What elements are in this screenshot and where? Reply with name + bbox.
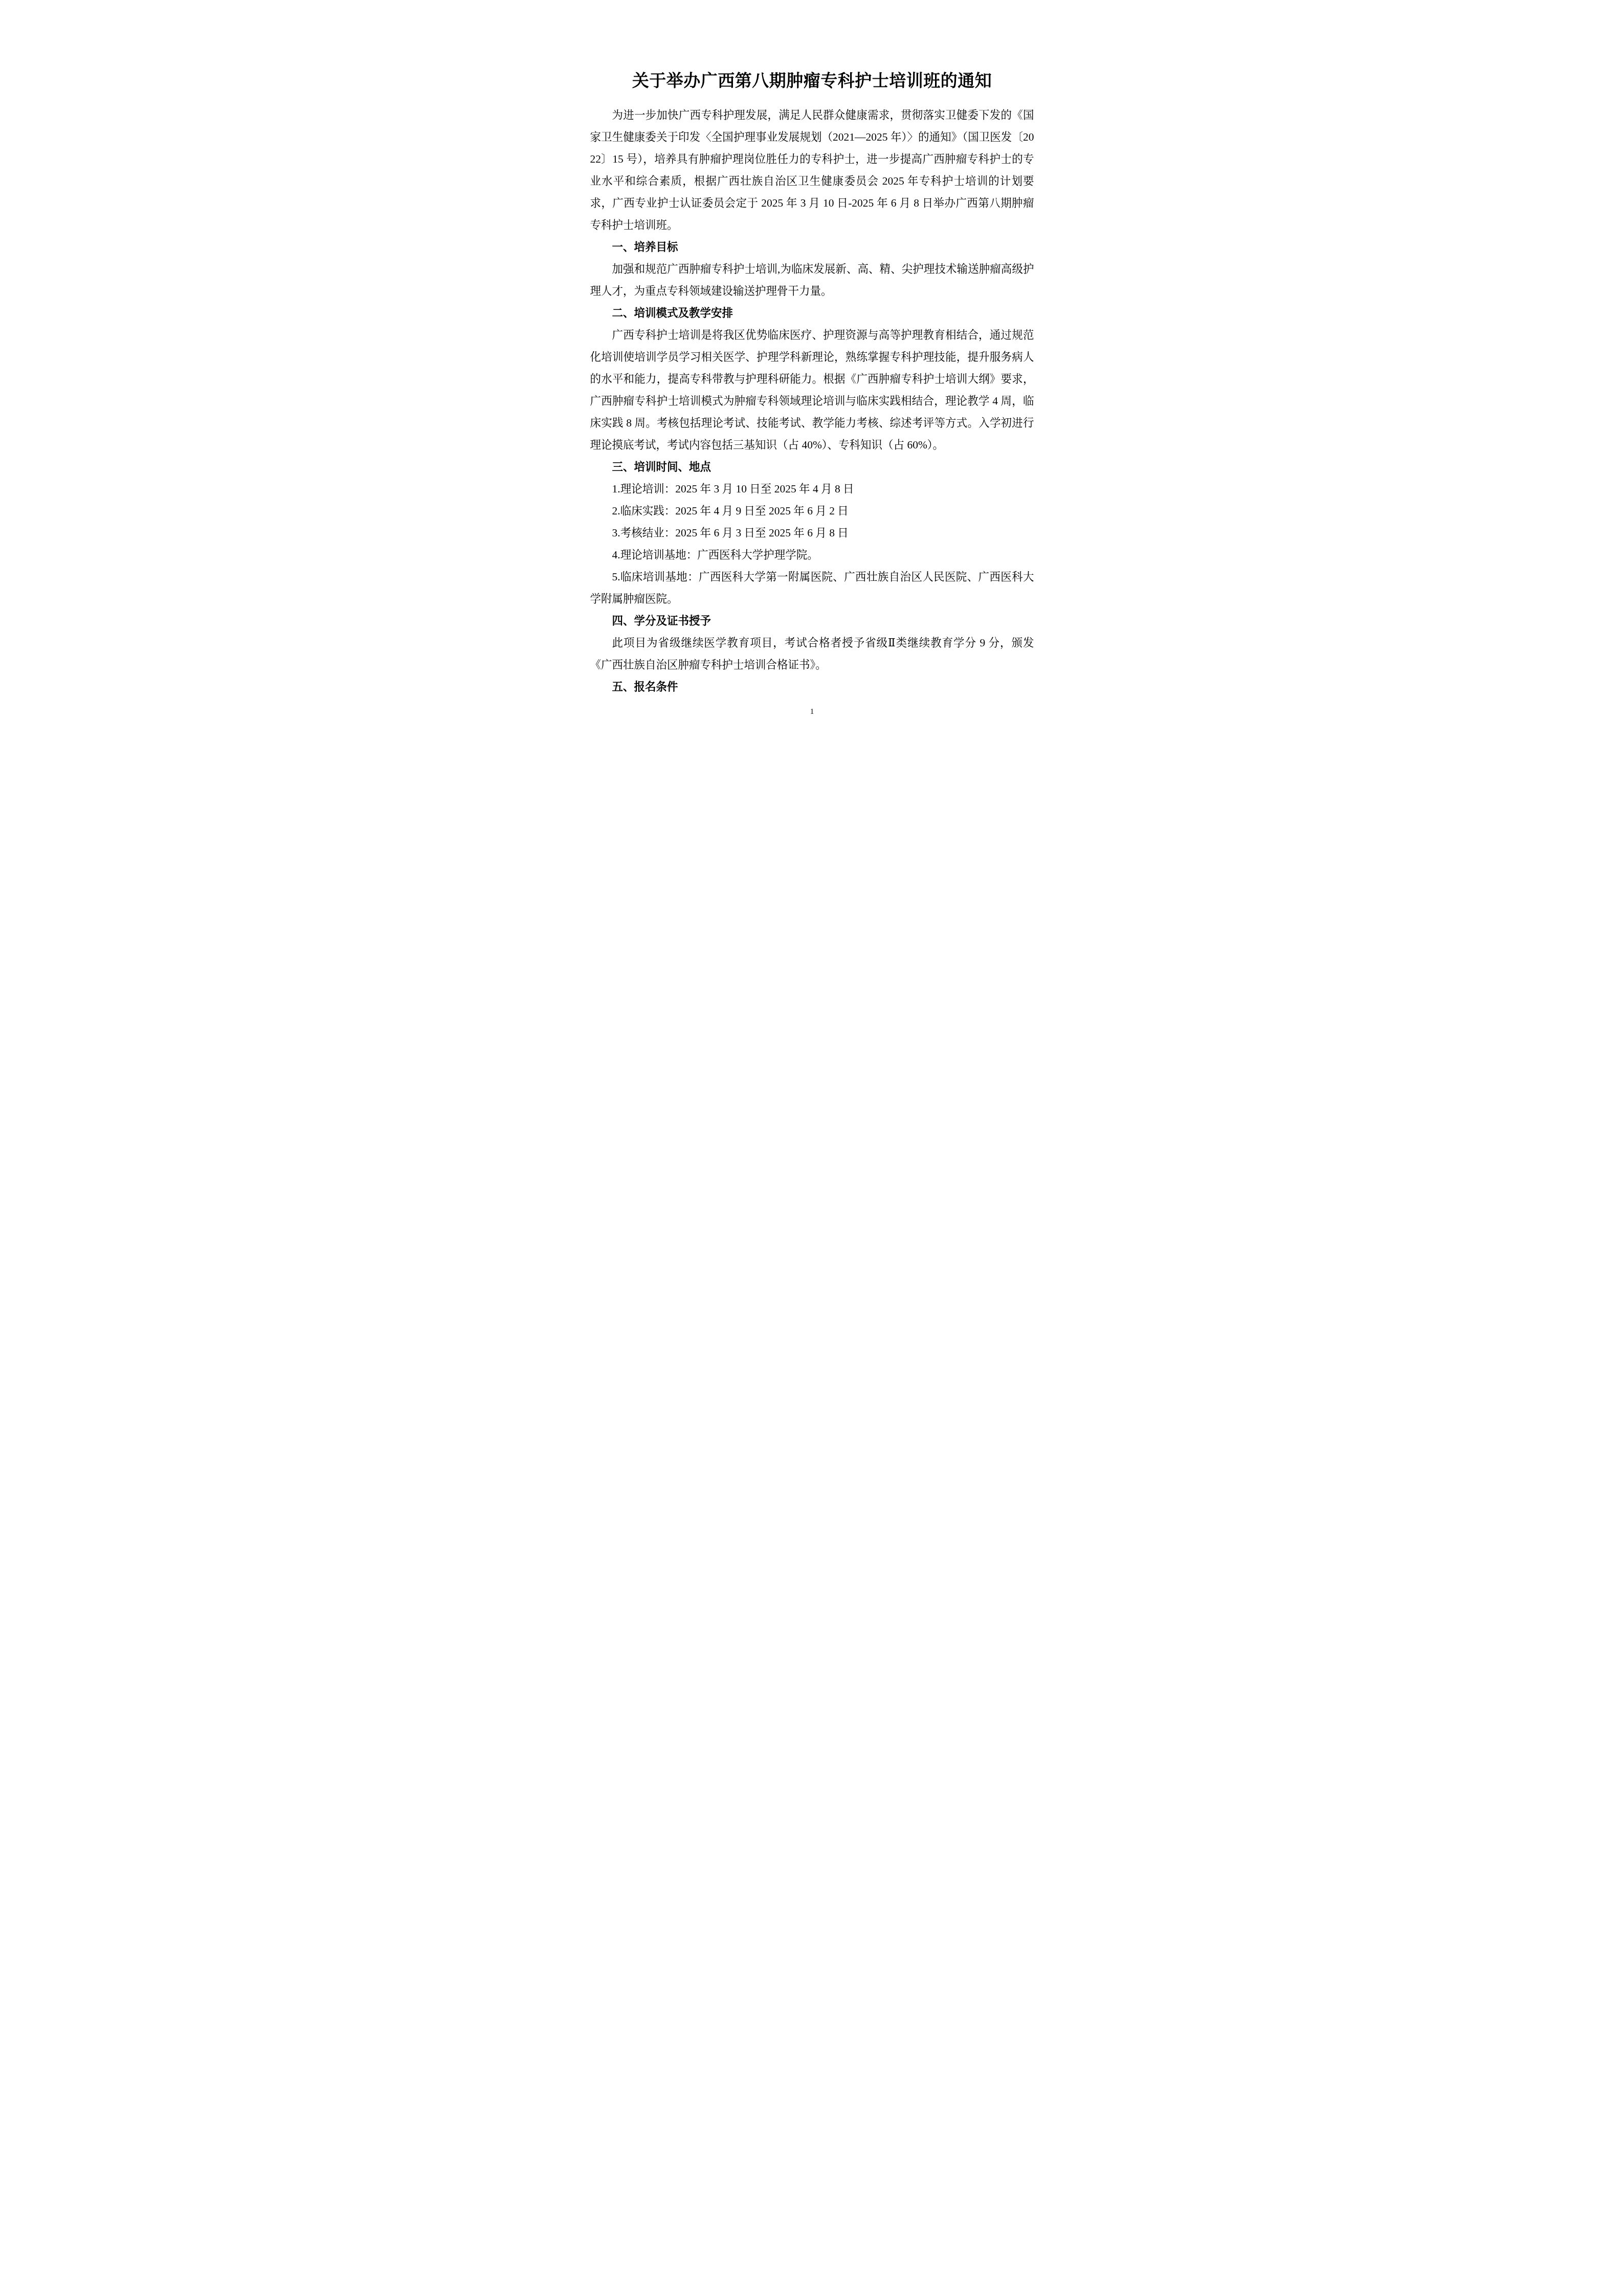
intro-paragraph: 为进一步加快广西专科护理发展，满足人民群众健康需求，贯彻落实卫健委下发的《国家卫… — [590, 104, 1034, 236]
credits-paragraph: 此项目为省级继续医学教育项目，考试合格者授予省级Ⅱ类继续教育学分 9 分，颁发《… — [590, 632, 1034, 676]
section-heading-2: 二、培训模式及教学安排 — [590, 302, 1034, 324]
schedule-item-theory: 1.理论培训：2025 年 3 月 10 日至 2025 年 4 月 8 日 — [590, 478, 1034, 500]
section-heading-1: 一、培养目标 — [590, 236, 1034, 258]
training-goal-paragraph: 加强和规范广西肿瘤专科护士培训,为临床发展新、高、精、尖护理技术输送肿瘤高级护理… — [590, 258, 1034, 302]
training-mode-paragraph: 广西专科护士培训是将我区优势临床医疗、护理资源与高等护理教育相结合，通过规范化培… — [590, 324, 1034, 456]
schedule-item-theory-base: 4.理论培训基地：广西医科大学护理学院。 — [590, 544, 1034, 566]
section-heading-5: 五、报名条件 — [590, 676, 1034, 698]
schedule-item-assessment: 3.考核结业：2025 年 6 月 3 日至 2025 年 6 月 8 日 — [590, 522, 1034, 544]
section-heading-4: 四、学分及证书授予 — [590, 610, 1034, 632]
schedule-item-clinical-base: 5.临床培训基地：广西医科大学第一附属医院、广西壮族自治区人民医院、广西医科大学… — [590, 566, 1034, 610]
page-number: 1 — [542, 707, 1083, 716]
document-page: 关于举办广西第八期肿瘤专科护士培训班的通知 为进一步加快广西专科护理发展，满足人… — [542, 0, 1083, 766]
document-title: 关于举办广西第八期肿瘤专科护士培训班的通知 — [590, 71, 1034, 93]
section-heading-3: 三、培训时间、地点 — [590, 456, 1034, 478]
schedule-item-clinical: 2.临床实践：2025 年 4 月 9 日至 2025 年 6 月 2 日 — [590, 500, 1034, 522]
